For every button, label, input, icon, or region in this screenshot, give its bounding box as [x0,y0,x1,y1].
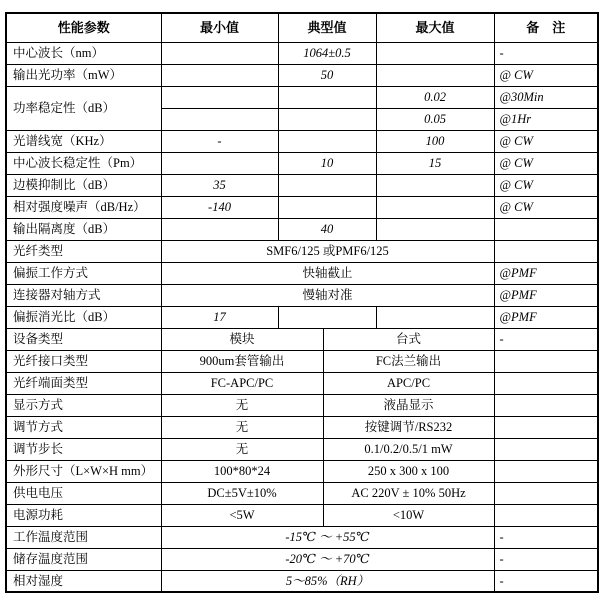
remark-cell [494,460,598,482]
remark-cell: @PMF [494,284,598,306]
param-cell: 外形尺寸（L×W×H mm） [6,460,161,482]
remark-cell [494,482,598,504]
remark-cell: @ CW [494,130,598,152]
param-cell: 储存温度范围 [6,548,161,570]
param-cell: 光纤端面类型 [6,372,161,394]
remark-cell: - [494,526,598,548]
remark-cell: - [494,42,598,64]
remark-cell: - [494,548,598,570]
table-row: 外形尺寸（L×W×H mm）100*80*24250 x 300 x 100 [6,460,598,482]
value-cell [376,306,494,328]
param-cell: 调节方式 [6,416,161,438]
value-cell [376,218,494,240]
remark-cell: @ CW [494,64,598,86]
table-row: 光谱线宽（KHz）-100@ CW [6,130,598,152]
value-cell: FC法兰输出 [323,350,494,372]
value-cell [278,196,376,218]
table-row: 光纤端面类型FC-APC/PCAPC/PC [6,372,598,394]
value-cell [161,218,278,240]
value-cell: <10W [323,504,494,526]
table-row: 相对强度噪声（dB/Hz）-140@ CW [6,196,598,218]
param-cell: 显示方式 [6,394,161,416]
value-cell: 无 [161,416,323,438]
param-cell: 相对强度噪声（dB/Hz） [6,196,161,218]
header-row: 性能参数最小值典型值最大值备 注 [6,13,598,42]
header-cell: 备 注 [494,13,598,42]
value-cell: -140 [161,196,278,218]
value-cell: DC±5V±10% [161,482,323,504]
remark-cell: @ CW [494,152,598,174]
table-row: 功率稳定性（dB）0.02@30Min [6,86,598,108]
value-cell: 快轴截止 [161,262,494,284]
table-row: 光纤类型SMF6/125 或PMF6/125 [6,240,598,262]
value-cell: 250 x 300 x 100 [323,460,494,482]
value-cell [376,196,494,218]
remark-cell: @1Hr [494,108,598,130]
param-cell: 调节步长 [6,438,161,460]
header-cell: 最大值 [376,13,494,42]
value-cell: 40 [278,218,376,240]
param-cell: 光纤接口类型 [6,350,161,372]
table-row: 供电电压DC±5V±10%AC 220V ± 10% 50Hz [6,482,598,504]
param-cell: 偏振工作方式 [6,262,161,284]
param-cell: 中心波长（nm） [6,42,161,64]
value-cell: 台式 [323,328,494,350]
value-cell: 100 [376,130,494,152]
value-cell: -20℃ ～ +70℃ [161,548,494,570]
remark-cell: @ CW [494,196,598,218]
param-cell: 连接器对轴方式 [6,284,161,306]
param-cell: 中心波长稳定性（Pm） [6,152,161,174]
value-cell: 无 [161,438,323,460]
remark-cell: @30Min [494,86,598,108]
table-row: 电源功耗<5W<10W [6,504,598,526]
table-row: 相对湿度5～85%（RH）- [6,570,598,592]
table-row: 连接器对轴方式慢轴对准@PMF [6,284,598,306]
value-cell [278,130,376,152]
value-cell: <5W [161,504,323,526]
remark-cell [494,240,598,262]
value-cell [161,64,278,86]
value-cell: -15℃ ～ +55℃ [161,526,494,548]
value-cell: 0.1/0.2/0.5/1 mW [323,438,494,460]
remark-cell: - [494,328,598,350]
remark-cell [494,350,598,372]
remark-cell [494,504,598,526]
remark-cell: - [494,570,598,592]
value-cell [278,306,376,328]
remark-cell [494,218,598,240]
remark-cell: @PMF [494,306,598,328]
param-cell: 输出光功率（mW） [6,64,161,86]
page: 性能参数最小值典型值最大值备 注中心波长（nm）1064±0.5-输出光功率（m… [0,0,600,593]
value-cell: 35 [161,174,278,196]
table-row: 调节方式无按键调节/RS232 [6,416,598,438]
value-cell [376,64,494,86]
value-cell: APC/PC [323,372,494,394]
value-cell: SMF6/125 或PMF6/125 [161,240,494,262]
remark-cell [494,394,598,416]
spec-table: 性能参数最小值典型值最大值备 注中心波长（nm）1064±0.5-输出光功率（m… [5,12,599,593]
table-row: 储存温度范围-20℃ ～ +70℃- [6,548,598,570]
value-cell: 按键调节/RS232 [323,416,494,438]
value-cell: 液晶显示 [323,394,494,416]
value-cell: FC-APC/PC [161,372,323,394]
value-cell [161,152,278,174]
value-cell: 慢轴对准 [161,284,494,306]
table-row: 工作温度范围-15℃ ～ +55℃- [6,526,598,548]
remark-cell: @PMF [494,262,598,284]
value-cell [376,42,494,64]
value-cell: 0.05 [376,108,494,130]
remark-cell [494,438,598,460]
param-cell: 电源功耗 [6,504,161,526]
param-cell: 相对湿度 [6,570,161,592]
param-cell: 边模抑制比（dB） [6,174,161,196]
table-row: 偏振工作方式快轴截止@PMF [6,262,598,284]
header-cell: 性能参数 [6,13,161,42]
value-cell [278,86,376,108]
remark-cell [494,372,598,394]
param-cell [161,108,278,130]
value-cell: 5～85%（RH） [161,570,494,592]
value-cell: 无 [161,394,323,416]
table-row: 输出光功率（mW）50@ CW [6,64,598,86]
table-row: 输出隔离度（dB）40 [6,218,598,240]
value-cell: - [161,130,278,152]
table-row: 中心波长（nm）1064±0.5- [6,42,598,64]
value-cell: 15 [376,152,494,174]
param-cell: 工作温度范围 [6,526,161,548]
value-cell [161,86,278,108]
remark-cell: @ CW [494,174,598,196]
param-cell: 光谱线宽（KHz） [6,130,161,152]
table-row: 光纤接口类型900um套管输出FC法兰输出 [6,350,598,372]
value-cell: 17 [161,306,278,328]
value-cell [278,174,376,196]
spec-table-body: 性能参数最小值典型值最大值备 注中心波长（nm）1064±0.5-输出光功率（m… [6,13,598,592]
table-row: 边模抑制比（dB）35@ CW [6,174,598,196]
header-cell: 最小值 [161,13,278,42]
value-cell [376,174,494,196]
value-cell: 10 [278,152,376,174]
table-row: 偏振消光比（dB）17@PMF [6,306,598,328]
header-cell: 典型值 [278,13,376,42]
table-row: 中心波长稳定性（Pm）1015@ CW [6,152,598,174]
value-cell: AC 220V ± 10% 50Hz [323,482,494,504]
param-cell: 偏振消光比（dB） [6,306,161,328]
value-cell [278,108,376,130]
value-cell [161,42,278,64]
remark-cell [494,416,598,438]
value-cell: 50 [278,64,376,86]
table-row: 调节步长无0.1/0.2/0.5/1 mW [6,438,598,460]
value-cell: 1064±0.5 [278,42,376,64]
param-cell: 输出隔离度（dB） [6,218,161,240]
value-cell: 0.02 [376,86,494,108]
value-cell: 900um套管输出 [161,350,323,372]
value-cell: 100*80*24 [161,460,323,482]
table-row: 显示方式无液晶显示 [6,394,598,416]
param-cell: 供电电压 [6,482,161,504]
param-cell: 功率稳定性（dB） [6,86,161,130]
table-row: 设备类型模块台式- [6,328,598,350]
param-cell: 光纤类型 [6,240,161,262]
value-cell: 模块 [161,328,323,350]
param-cell: 设备类型 [6,328,161,350]
